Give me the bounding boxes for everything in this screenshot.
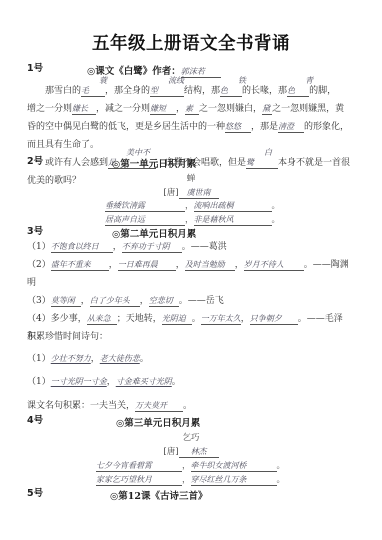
text: ，	[113, 242, 122, 252]
section-number: 3号	[27, 226, 43, 237]
section-number: 1号	[27, 63, 43, 74]
answer: 万夫莫开	[135, 401, 183, 412]
section-2-header: 2号	[27, 156, 43, 168]
text: ，	[140, 296, 149, 306]
dynasty: [唐]	[163, 188, 178, 198]
item-3: （3）莫等闲，白了少年头，空悲切。——岳飞	[27, 292, 357, 310]
text: 昏的空中偶见白鹭的低飞，更是乡居生活中的一种	[27, 122, 225, 132]
punct: 。	[277, 475, 286, 485]
section-number: 2号	[27, 156, 43, 167]
answer: 嫌长	[72, 104, 96, 115]
punct: 。	[272, 201, 281, 211]
section-2-heading: ◎第一单元日积月累	[112, 156, 196, 170]
punct: ，	[185, 201, 194, 211]
section-4-heading: ◎第三单元日积月累	[116, 415, 200, 429]
label: （3）	[27, 296, 51, 306]
poem-title: 乞巧	[0, 431, 382, 443]
section-5-header: 5号	[27, 488, 43, 500]
poet-answer: 虞世南	[179, 188, 219, 199]
text: ，	[109, 260, 118, 270]
page-title: 五年级上册语文全书背诵	[0, 30, 382, 55]
poem-line-1: 七夕今宵看碧霄，牵牛织女渡河桥。	[96, 459, 285, 472]
text: 本身不就是一首很	[278, 158, 350, 168]
document-page: 五年级上册语文全书背诵 1号 ◎课文《白鹭》作者：郭沫若 那雪白的蓑毛，那全身的…	[0, 0, 382, 540]
label: （1）	[27, 377, 51, 387]
answer: 白了少年头	[90, 296, 140, 307]
answer: 穿尽红丝几万条	[191, 474, 277, 486]
text: 结构，那	[184, 86, 220, 96]
text: ，减之一分则	[96, 104, 150, 114]
answer: 少壮不努力	[51, 354, 91, 363]
answer: 嫌短	[150, 104, 176, 115]
text: ，	[176, 104, 185, 114]
answer: 只争朝夕	[250, 314, 298, 325]
text: 的脚，	[309, 86, 336, 96]
answer: 七夕今宵看碧霄	[96, 460, 182, 472]
poem-author-line: [唐]虞世南	[0, 186, 382, 199]
section-5-heading: ◎第12课《古诗三首》	[110, 488, 208, 502]
poem-line-2: 家家乞巧望秋月，穿尽红丝几万条。	[96, 473, 285, 486]
answer: 不饱食以终日	[51, 242, 113, 253]
text: ，	[235, 260, 244, 270]
item-2: （2）盛年不重来，一日难再晨，及时当勉励，岁月不待人。——陶渊	[27, 256, 357, 274]
text: 。	[192, 314, 201, 324]
label: （1）	[27, 354, 51, 364]
poem-line-2: 居高声自远，非是藉秋风。	[105, 213, 280, 226]
section-4-header: 4号	[27, 415, 43, 427]
text: 。	[140, 354, 149, 364]
answer: 盛年不重来	[51, 260, 109, 271]
poem-item-1: （1）少壮不努力，老大徒伤悲。	[27, 350, 357, 368]
text: ，	[107, 377, 116, 387]
quote-line: 课文名句积累：一夫当关，万夫莫开。	[27, 397, 357, 415]
answer: 清澄	[278, 122, 304, 133]
answer: 非是藉秋风	[194, 214, 272, 226]
section-1-header: 1号	[27, 63, 43, 75]
answer: 空悲切	[149, 296, 179, 307]
poem-author-line: [唐]林杰	[0, 445, 382, 458]
answer: 不弃功于寸阴	[122, 242, 182, 253]
text: 增之一分则	[27, 104, 72, 114]
text: 那雪白的	[45, 86, 81, 96]
text: ，那是	[251, 122, 278, 132]
punct: ，	[185, 215, 194, 225]
text: 或许有人会感到	[45, 158, 108, 168]
answer: 寸金难买寸光阴	[116, 377, 172, 386]
poems-label: 积累珍惜时间诗句：	[27, 328, 357, 346]
answer: 白鹭	[246, 148, 278, 169]
text: 之一忽则嫌黑，黄	[272, 104, 344, 114]
text: 。——陶渊	[304, 260, 349, 270]
answer: 青色	[287, 76, 309, 97]
punct: 。	[272, 215, 281, 225]
text: ，	[176, 260, 185, 270]
text: ，	[81, 296, 90, 306]
poem-line-1: 垂緌饮清露，流响出疏桐。	[105, 199, 280, 212]
label: （4）	[27, 314, 51, 324]
punct: ，	[182, 475, 191, 485]
item-1: （1）不饱食以终日，不弃功于寸阴。——葛洪	[27, 238, 357, 256]
text: 。——毛泽	[298, 314, 343, 324]
text: 多少事，	[51, 314, 87, 324]
answer: 铁色	[220, 76, 242, 97]
text: 的形象化，	[304, 122, 349, 132]
answer: 垂緌饮清露	[105, 200, 185, 212]
answer: 蓑毛	[81, 76, 105, 97]
text: 。——葛洪	[182, 242, 227, 252]
text: ，	[91, 354, 100, 364]
answer: 流线型	[150, 76, 184, 97]
answer: 素	[185, 104, 199, 115]
text: 的长喙，那	[242, 86, 287, 96]
poet-answer: 林杰	[179, 447, 219, 458]
answer: 老大徒伤悲	[100, 354, 140, 363]
text: 之一忽则嫌白，	[199, 104, 262, 114]
section-number: 5号	[27, 488, 43, 499]
answer: 牵牛织女渡河桥	[191, 460, 277, 472]
text: 。	[172, 377, 181, 387]
section-3-header: 3号	[27, 226, 43, 238]
answer: 悠悠	[225, 122, 251, 133]
answer: 一万年太久	[201, 314, 241, 325]
dynasty: [唐]	[163, 447, 178, 457]
quote-label: 课文名句积累：一夫当关，	[27, 401, 135, 411]
answer: 居高声自远	[105, 214, 185, 226]
label: （2）	[27, 260, 51, 270]
poem-item-2: （1）一寸光阴一寸金，寸金难买寸光阴。	[27, 373, 357, 391]
answer: 岁月不待人	[244, 260, 304, 271]
poem-title: 蝉	[0, 172, 382, 184]
answer: 黛	[262, 104, 272, 115]
item-2-wrap: 明	[27, 274, 357, 292]
answer: 及时当勉励	[185, 260, 235, 271]
paragraph-1: 那雪白的蓑毛，那全身的流线型结构，那铁色的长喙，那青色的脚， 增之一分则嫌长，减…	[27, 76, 357, 154]
punct: 。	[277, 461, 286, 471]
answer: 流响出疏桐	[194, 200, 272, 212]
section-number: 4号	[27, 415, 43, 426]
text: 。	[183, 401, 192, 411]
answer: 从来急	[87, 314, 117, 325]
answer: 光阴迫	[162, 314, 192, 325]
answer: 一寸光阴一寸金	[51, 377, 107, 386]
text: 。——岳飞	[179, 296, 224, 306]
text: ；天地转，	[117, 314, 162, 324]
punct: ，	[182, 461, 191, 471]
answer: 莫等闲	[51, 296, 81, 307]
text: ，	[241, 314, 250, 324]
text: ，那全身的	[105, 86, 150, 96]
item-4: （4）多少事，从来急；天地转，光阴迫。一万年太久，只争朝夕。——毛泽	[27, 310, 357, 328]
label: （1）	[27, 242, 51, 252]
answer: 一日难再晨	[118, 260, 176, 271]
answer: 家家乞巧望秋月	[96, 474, 182, 486]
